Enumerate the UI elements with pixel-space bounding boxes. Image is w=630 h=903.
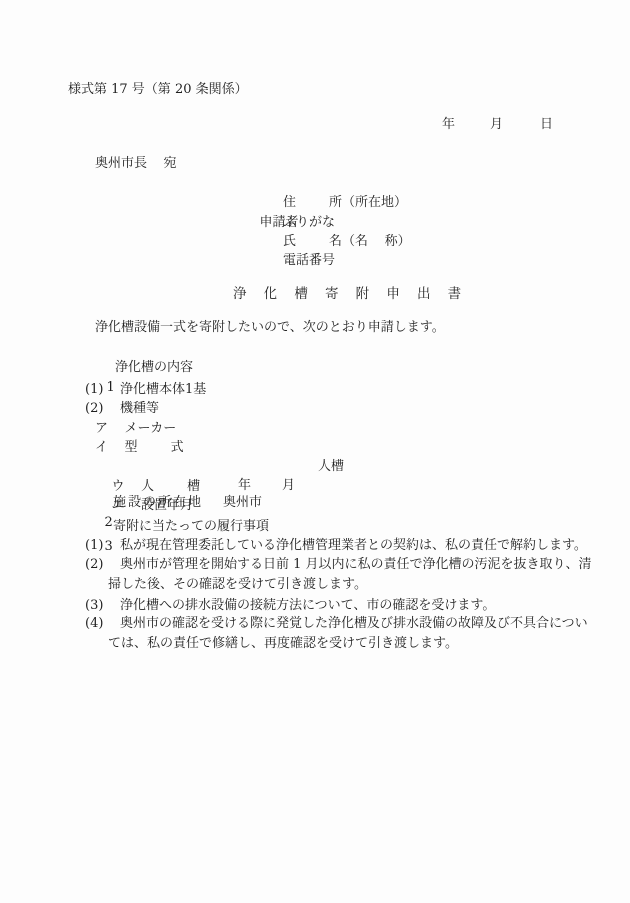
- section2-heading: 施設の所在地: [113, 493, 203, 513]
- section3-item3: (3) 浄化槽への排水設備の接続方法について、市の確認を受けます。: [108, 596, 612, 616]
- day-label: 日: [540, 115, 553, 135]
- section3-item4: (4) 奥州市の確認を受ける際に発覚した浄化槽及び排水設備の故障及び不具合につい…: [108, 614, 612, 654]
- section2-heading-row: 2 施設の所在地 奥州市: [88, 493, 538, 513]
- applicant-row: 申請者 住 所（所在地）: [243, 193, 593, 213]
- applicant-name-label: 氏 名（名 称）: [283, 232, 411, 252]
- document-title: 浄 化 槽 寄 附 申 出 書: [233, 284, 461, 304]
- capacity-unit-label: 人槽: [318, 457, 344, 477]
- applicant-address-label: 住 所（所在地）: [283, 193, 407, 213]
- section3-heading-row: 3 寄附に当たっての履行事項: [88, 517, 538, 537]
- year-label: 年: [442, 115, 455, 135]
- section1-item2: (2) 機種等: [85, 399, 159, 419]
- section1-sub-model: イ 型 式: [95, 438, 184, 458]
- section2-value: 奥州市: [223, 493, 262, 513]
- section1-sub-capacity: ウ 人 槽 人槽: [95, 457, 495, 477]
- section1-heading: 浄化槽の内容: [115, 358, 193, 378]
- section1-item1: (1) 浄化槽本体1基: [85, 380, 206, 400]
- addressee: 奥州市長 宛: [95, 154, 177, 174]
- month-label: 月: [490, 115, 503, 135]
- applicant-phone-label: 電話番号: [283, 251, 335, 271]
- applicant-furigana-label: ふりがな: [283, 213, 335, 233]
- intro-text: 浄化槽設備一式を寄附したいので、次のとおり申請します。: [95, 318, 445, 338]
- section3-item2: (2) 奥州市が管理を開始する日前 1 月以内に私の責任で浄化槽の汚泥を抜き取り…: [108, 555, 612, 595]
- section1-heading-row: 1 浄化槽の内容: [90, 358, 490, 378]
- date-line: 年 月 日: [0, 115, 630, 135]
- form-number: 様式第 17 号（第 20 条関係）: [68, 80, 248, 100]
- section1-sub-maker: ア メーカー: [95, 419, 176, 439]
- section3-item1: (1) 私が現在管理委託している浄化槽管理業者との契約は、私の責任で解約します。: [108, 536, 612, 556]
- section3-heading: 寄附に当たっての履行事項: [113, 517, 269, 537]
- donation-application-form-page: 様式第 17 号（第 20 条関係） 年 月 日 奥州市長 宛 申請者 住 所（…: [0, 0, 630, 903]
